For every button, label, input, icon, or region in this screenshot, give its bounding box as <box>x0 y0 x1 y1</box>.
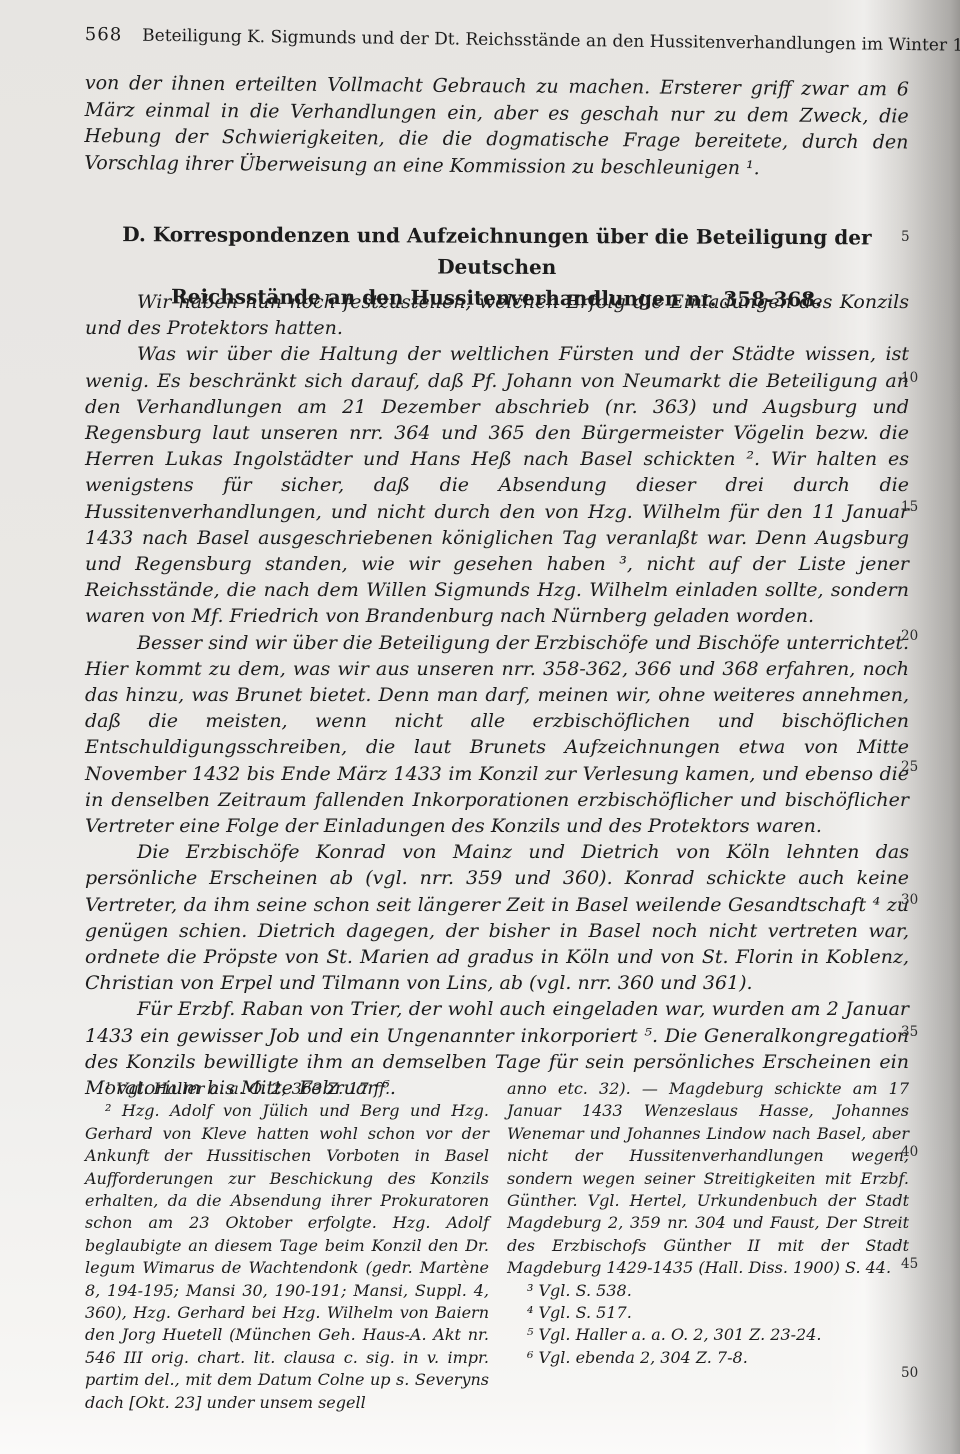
page-number: 568 <box>85 24 123 45</box>
footnote-4: ⁴ Vgl. S. 517. <box>507 1302 909 1324</box>
footnote-column-right: anno etc. 32). — Magdeburg schickte am 1… <box>507 1078 909 1414</box>
margin-line-number: 10 <box>901 371 935 385</box>
footnote-1: ¹ Vgl. Haller a. a. O. 2, 363 Z. 17 ff. <box>85 1078 489 1100</box>
margin-line-number: 45 <box>901 1257 935 1271</box>
footnote-6: ⁶ Vgl. ebenda 2, 304 Z. 7-8. <box>507 1347 909 1369</box>
footnotes-section: ¹ Vgl. Haller a. a. O. 2, 363 Z. 17 ff. … <box>85 1078 909 1414</box>
intro-paragraph: von der ihnen erteilten Vollmacht Gebrau… <box>84 70 909 182</box>
body-text: Wir haben nun noch festzustellen, welche… <box>85 289 909 1101</box>
footnote-column-left: ¹ Vgl. Haller a. a. O. 2, 363 Z. 17 ff. … <box>85 1078 489 1414</box>
margin-line-number: 15 <box>901 500 935 514</box>
footnote-3: ³ Vgl. S. 538. <box>507 1280 909 1302</box>
footnote-2: ² Hzg. Adolf von Jülich und Berg und Hzg… <box>85 1100 489 1414</box>
body-paragraph: Wir haben nun noch festzustellen, welche… <box>85 289 909 341</box>
margin-line-number: 50 <box>901 1366 935 1380</box>
margin-line-number: 5 <box>901 230 935 244</box>
running-header: 568Beteiligung K. Sigmunds und der Dt. R… <box>85 24 917 56</box>
margin-line-number: 25 <box>901 760 935 774</box>
footnote-5: ⁵ Vgl. Haller a. a. O. 2, 301 Z. 23-24. <box>507 1324 909 1346</box>
body-paragraph: Besser sind wir über die Beteiligung der… <box>85 630 909 840</box>
body-paragraph: Die Erzbischöfe Konrad von Mainz und Die… <box>85 839 909 996</box>
margin-line-number: 20 <box>901 629 935 643</box>
section-heading-line1: D. Korrespondenzen und Aufzeichnungen üb… <box>85 219 909 285</box>
margin-line-number: 30 <box>901 893 935 907</box>
scanned-page: 568Beteiligung K. Sigmunds und der Dt. R… <box>0 0 960 1454</box>
margin-line-number: 40 <box>901 1145 935 1159</box>
margin-line-number: 35 <box>901 1025 935 1039</box>
body-paragraph: Was wir über die Haltung der weltlichen … <box>85 341 909 629</box>
footnote-2-continuation: anno etc. 32). — Magdeburg schickte am 1… <box>507 1078 909 1280</box>
running-header-text: Beteiligung K. Sigmunds und der Dt. Reic… <box>142 26 960 57</box>
